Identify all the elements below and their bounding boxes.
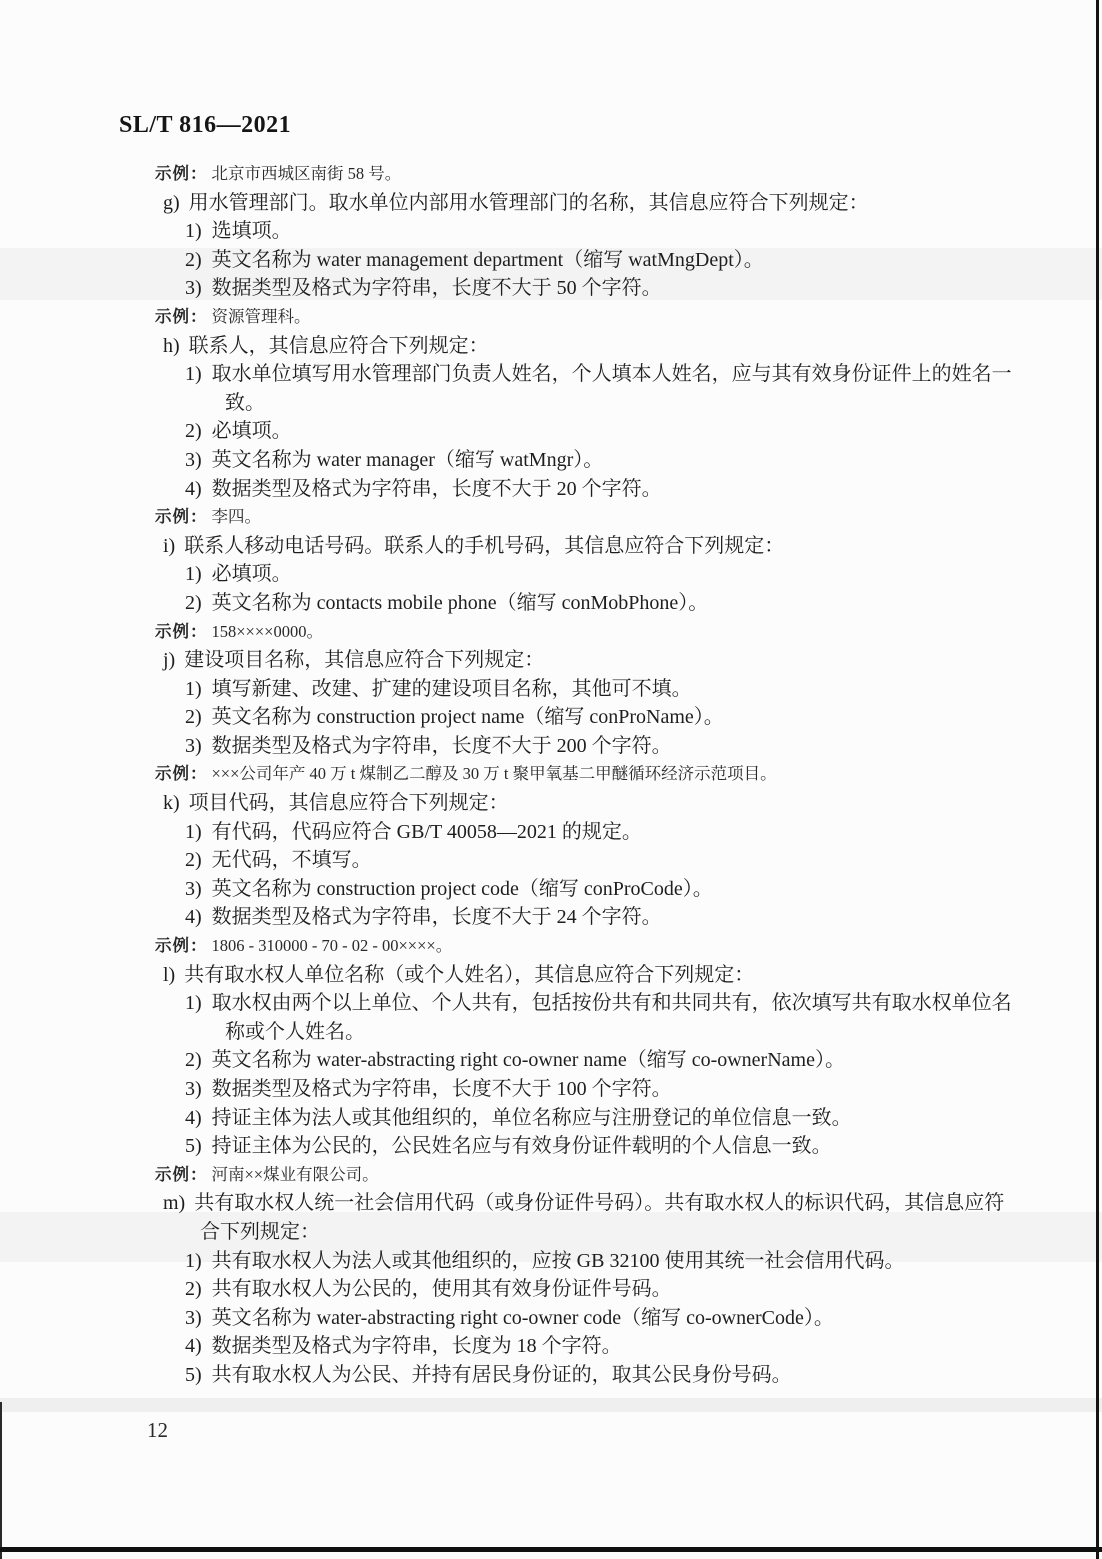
item-label: 3)	[185, 878, 202, 900]
scan-edge-bottom	[0, 1547, 1102, 1552]
item-label: 3)	[185, 1307, 202, 1329]
item-text: 联系人，其信息应符合下列规定：	[189, 335, 489, 357]
item-label: 1)	[185, 1250, 202, 1272]
numbered-subitem: 4)持证主体为法人或其他组织的，单位名称应与注册登记的单位信息一致。	[120, 1104, 1012, 1133]
numbered-subitem: 3)数据类型及格式为字符串，长度不大于 200 个字符。	[120, 732, 1012, 761]
lettered-item: h)联系人，其信息应符合下列规定：	[120, 332, 1012, 361]
item-text: 联系人移动电话号码。联系人的手机号码，其信息应符合下列规定：	[184, 535, 784, 557]
numbered-subitem: 4)数据类型及格式为字符串，长度不大于 24 个字符。	[120, 903, 1012, 932]
item-text: 共有取水权人单位名称（或个人姓名），其信息应符合下列规定：	[184, 964, 754, 986]
item-label: 3)	[185, 277, 202, 299]
item-label: 2)	[185, 706, 202, 728]
item-text: 项目代码，其信息应符合下列规定：	[189, 792, 509, 814]
item-label: g)	[163, 192, 180, 214]
standard-number-header: SL/T 816—2021	[119, 112, 291, 139]
item-label: 1)	[185, 363, 202, 385]
lettered-item: i)联系人移动电话号码。联系人的手机号码，其信息应符合下列规定：	[120, 532, 1012, 561]
numbered-subitem: 1)取水权由两个以上单位、个人共有，包括按份共有和共同共有，依次填写共有取水权单…	[120, 989, 1012, 1046]
lettered-item: k)项目代码，其信息应符合下列规定：	[120, 789, 1012, 818]
item-text: 英文名称为 water-abstracting right co-owner c…	[212, 1307, 834, 1329]
item-label: 2)	[185, 1049, 202, 1071]
item-text: 取水单位填写用水管理部门负责人姓名，个人填本人姓名，应与其有效身份证件上的姓名一…	[212, 363, 1012, 414]
item-label: 3)	[185, 449, 202, 471]
item-label: 4)	[185, 1107, 202, 1129]
item-text: 资源管理科。	[212, 307, 311, 326]
item-text: 建设项目名称，其信息应符合下列规定：	[184, 649, 544, 671]
item-text: 共有取水权人为法人或其他组织的，应按 GB 32100 使用其统一社会信用代码。	[212, 1250, 905, 1272]
numbered-subitem: 5)共有取水权人为公民、并持有居民身份证的，取其公民身份号码。	[120, 1361, 1012, 1390]
item-label: 示例：	[155, 1165, 208, 1184]
item-label: l)	[163, 964, 175, 986]
item-text: 英文名称为 water-abstracting right co-owner n…	[212, 1049, 845, 1071]
example-line: 示例：资源管理科。	[120, 303, 1012, 332]
numbered-subitem: 3)数据类型及格式为字符串，长度不大于 50 个字符。	[120, 274, 1012, 303]
item-text: 英文名称为 water management department（缩写 wat…	[212, 249, 764, 271]
item-text: 持证主体为公民的，公民姓名应与有效身份证件载明的个人信息一致。	[212, 1135, 832, 1157]
numbered-subitem: 2)共有取水权人为公民的，使用其有效身份证件号码。	[120, 1275, 1012, 1304]
item-text: 158××××0000。	[212, 622, 323, 641]
lettered-item: m)共有取水权人统一社会信用代码（或身份证件号码）。共有取水权人的标识代码，其信…	[120, 1189, 1012, 1246]
item-text: 英文名称为 construction project name（缩写 conPr…	[212, 706, 724, 728]
item-label: k)	[163, 792, 180, 814]
numbered-subitem: 3)英文名称为 construction project code（缩写 con…	[120, 875, 1012, 904]
item-label: 示例：	[155, 764, 208, 783]
numbered-subitem: 2)英文名称为 water-abstracting right co-owner…	[120, 1046, 1012, 1075]
item-label: 3)	[185, 1078, 202, 1100]
lettered-item: l)共有取水权人单位名称（或个人姓名），其信息应符合下列规定：	[120, 961, 1012, 990]
numbered-subitem: 5)持证主体为公民的，公民姓名应与有效身份证件载明的个人信息一致。	[120, 1132, 1012, 1161]
numbered-subitem: 1)必填项。	[120, 560, 1012, 589]
item-label: 示例：	[155, 936, 208, 955]
item-text: 数据类型及格式为字符串，长度不大于 200 个字符。	[212, 735, 672, 757]
example-line: 示例：北京市西城区南街 58 号。	[120, 160, 1012, 189]
numbered-subitem: 1)选填项。	[120, 217, 1012, 246]
document-body: 示例：北京市西城区南街 58 号。g)用水管理部门。取水单位内部用水管理部门的名…	[120, 160, 1012, 1390]
numbered-subitem: 1)有代码，代码应符合 GB/T 40058—2021 的规定。	[120, 818, 1012, 847]
item-label: 2)	[185, 592, 202, 614]
numbered-subitem: 1)取水单位填写用水管理部门负责人姓名，个人填本人姓名，应与其有效身份证件上的姓…	[120, 360, 1012, 417]
item-label: 1)	[185, 220, 202, 242]
item-label: 1)	[185, 992, 202, 1014]
item-label: j)	[163, 649, 175, 671]
item-label: 4)	[185, 478, 202, 500]
example-line: 示例：河南××煤业有限公司。	[120, 1161, 1012, 1190]
item-label: 1)	[185, 821, 202, 843]
item-label: m)	[163, 1192, 185, 1214]
numbered-subitem: 3)英文名称为 water-abstracting right co-owner…	[120, 1304, 1012, 1333]
item-label: 1)	[185, 678, 202, 700]
item-label: 1)	[185, 563, 202, 585]
numbered-subitem: 2)英文名称为 water management department（缩写 w…	[120, 246, 1012, 275]
item-label: 4)	[185, 906, 202, 928]
example-line: 示例：×××公司年产 40 万 t 煤制乙二醇及 30 万 t 聚甲氧基二甲醚循…	[120, 760, 1012, 789]
item-label: i)	[163, 535, 175, 557]
item-text: 北京市西城区南街 58 号。	[212, 164, 402, 183]
scan-edge-right	[1096, 0, 1099, 1559]
item-text: 选填项。	[212, 220, 292, 242]
numbered-subitem: 4)数据类型及格式为字符串，长度不大于 20 个字符。	[120, 475, 1012, 504]
item-text: 英文名称为 construction project code（缩写 conPr…	[212, 878, 713, 900]
page-number: 12	[147, 1418, 168, 1443]
item-label: 3)	[185, 735, 202, 757]
item-text: 填写新建、改建、扩建的建设项目名称，其他可不填。	[212, 678, 692, 700]
numbered-subitem: 2)必填项。	[120, 417, 1012, 446]
scan-artifact-band	[0, 1398, 1102, 1412]
item-label: 2)	[185, 249, 202, 271]
item-text: 持证主体为法人或其他组织的，单位名称应与注册登记的单位信息一致。	[212, 1107, 852, 1129]
item-text: 共有取水权人统一社会信用代码（或身份证件号码）。共有取水权人的标识代码，其信息应…	[194, 1192, 1004, 1243]
numbered-subitem: 2)无代码，不填写。	[120, 846, 1012, 875]
numbered-subitem: 2)英文名称为 contacts mobile phone（缩写 conMobP…	[120, 589, 1012, 618]
item-text: 英文名称为 water manager（缩写 watMngr）。	[212, 449, 604, 471]
item-text: 数据类型及格式为字符串，长度为 18 个字符。	[212, 1335, 622, 1357]
item-label: 示例：	[155, 622, 208, 641]
item-text: 取水权由两个以上单位、个人共有，包括按份共有和共同共有，依次填写共有取水权单位名…	[212, 992, 1012, 1043]
lettered-item: g)用水管理部门。取水单位内部用水管理部门的名称，其信息应符合下列规定：	[120, 189, 1012, 218]
item-text: 数据类型及格式为字符串，长度不大于 20 个字符。	[212, 478, 662, 500]
numbered-subitem: 4)数据类型及格式为字符串，长度为 18 个字符。	[120, 1332, 1012, 1361]
item-text: 无代码，不填写。	[212, 849, 372, 871]
scan-edge-left	[0, 1402, 2, 1559]
item-text: 数据类型及格式为字符串，长度不大于 24 个字符。	[212, 906, 662, 928]
example-line: 示例：158××××0000。	[120, 618, 1012, 647]
item-label: 示例：	[155, 307, 208, 326]
numbered-subitem: 1)填写新建、改建、扩建的建设项目名称，其他可不填。	[120, 675, 1012, 704]
item-text: 数据类型及格式为字符串，长度不大于 50 个字符。	[212, 277, 662, 299]
item-label: 示例：	[155, 164, 208, 183]
example-line: 示例：李四。	[120, 503, 1012, 532]
item-text: 英文名称为 contacts mobile phone（缩写 conMobPho…	[212, 592, 709, 614]
numbered-subitem: 3)数据类型及格式为字符串，长度不大于 100 个字符。	[120, 1075, 1012, 1104]
item-text: 1806 - 310000 - 70 - 02 - 00××××。	[212, 936, 453, 955]
item-text: 必填项。	[212, 420, 292, 442]
item-text: 必填项。	[212, 563, 292, 585]
item-label: 5)	[185, 1364, 202, 1386]
item-text: 共有取水权人为公民、并持有居民身份证的，取其公民身份号码。	[212, 1364, 792, 1386]
item-label: 示例：	[155, 507, 208, 526]
item-text: 有代码，代码应符合 GB/T 40058—2021 的规定。	[212, 821, 642, 843]
example-line: 示例：1806 - 310000 - 70 - 02 - 00××××。	[120, 932, 1012, 961]
item-text: 河南××煤业有限公司。	[212, 1165, 379, 1184]
numbered-subitem: 1)共有取水权人为法人或其他组织的，应按 GB 32100 使用其统一社会信用代…	[120, 1247, 1012, 1276]
lettered-item: j)建设项目名称，其信息应符合下列规定：	[120, 646, 1012, 675]
item-label: 2)	[185, 420, 202, 442]
numbered-subitem: 2)英文名称为 construction project name（缩写 con…	[120, 703, 1012, 732]
numbered-subitem: 3)英文名称为 water manager（缩写 watMngr）。	[120, 446, 1012, 475]
item-label: 5)	[185, 1135, 202, 1157]
item-label: 2)	[185, 1278, 202, 1300]
item-label: 4)	[185, 1335, 202, 1357]
scanned-document-page: SL/T 816—2021 示例：北京市西城区南街 58 号。g)用水管理部门。…	[0, 0, 1102, 1559]
item-label: h)	[163, 335, 180, 357]
item-text: ×××公司年产 40 万 t 煤制乙二醇及 30 万 t 聚甲氧基二甲醚循环经济…	[212, 764, 777, 783]
item-text: 数据类型及格式为字符串，长度不大于 100 个字符。	[212, 1078, 672, 1100]
item-text: 共有取水权人为公民的，使用其有效身份证件号码。	[212, 1278, 672, 1300]
item-text: 用水管理部门。取水单位内部用水管理部门的名称，其信息应符合下列规定：	[189, 192, 869, 214]
item-label: 2)	[185, 849, 202, 871]
item-text: 李四。	[212, 507, 262, 526]
